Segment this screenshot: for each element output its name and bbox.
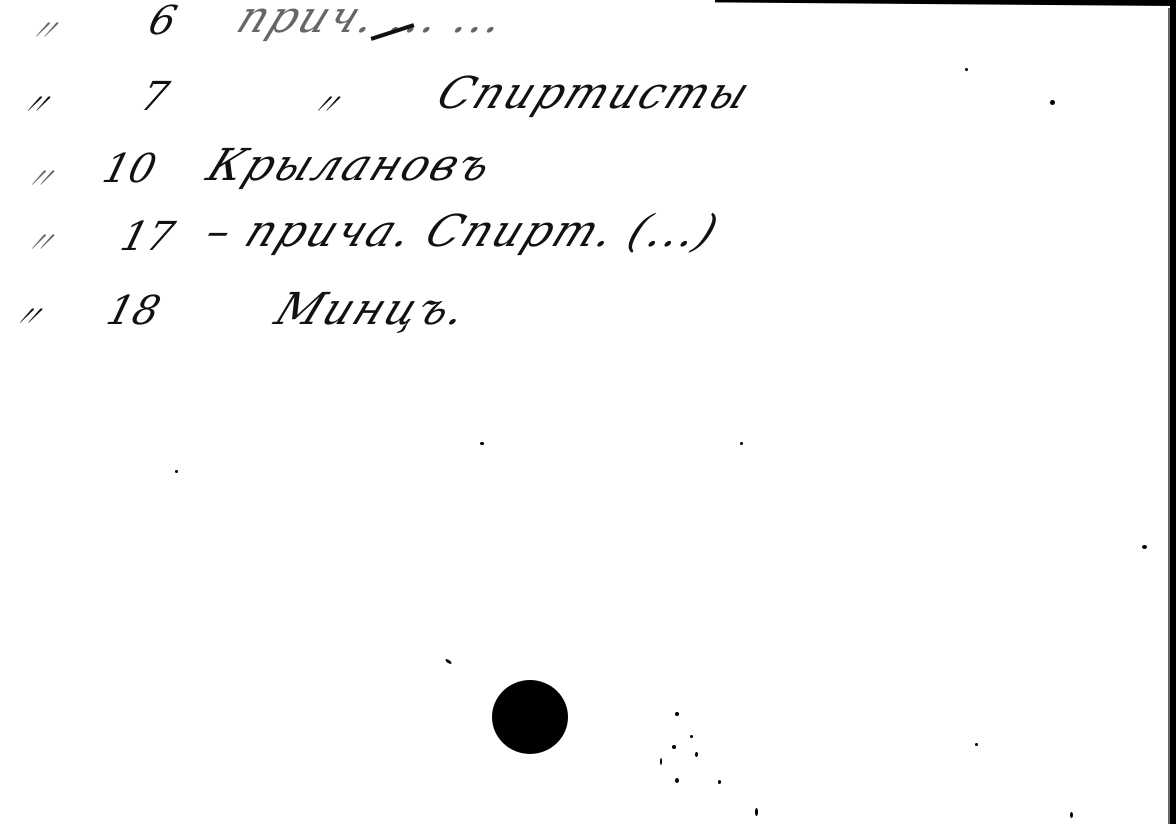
scanned-page: 〃 6 прич. ... ... 〃 7 〃 Спиртисты 〃 10 К…: [0, 0, 1176, 824]
entry-text: Минцъ.: [268, 284, 477, 335]
scan-speck: [672, 745, 676, 749]
scan-right-edge-shadow: [1168, 8, 1170, 824]
ditto-mark: 〃: [23, 6, 65, 50]
scan-speck: [175, 470, 178, 473]
ditto-mark: 〃: [19, 154, 61, 198]
entry-text: – прича. Спирт. (...): [198, 206, 728, 257]
scan-speck: [1142, 545, 1147, 549]
entry-number: 6: [144, 0, 182, 44]
entry-number: 10: [98, 146, 161, 192]
scan-speck: [675, 712, 679, 716]
scan-speck: [975, 743, 978, 746]
entry-number: 18: [102, 288, 165, 334]
scan-speck: [445, 658, 452, 664]
scan-right-edge: [1170, 0, 1176, 824]
scan-speck: [1070, 812, 1073, 818]
scan-speck: [695, 752, 698, 757]
ditto-mark-inline: 〃: [305, 80, 347, 124]
scan-top-edge: [715, 0, 1176, 6]
scan-speck: [740, 442, 743, 445]
scan-speck: [718, 780, 721, 784]
ditto-mark: 〃: [15, 80, 57, 124]
scan-speck: [480, 442, 484, 445]
scan-speck: [690, 735, 693, 738]
entry-number: 17: [116, 214, 179, 260]
scan-speck: [675, 778, 679, 783]
punch-hole: [492, 680, 568, 754]
entry-text: Спиртисты: [430, 68, 759, 119]
scan-speck: [965, 68, 968, 71]
ditto-mark: 〃: [19, 218, 61, 262]
entry-number: 7: [136, 74, 174, 120]
ditto-mark: 〃: [7, 292, 49, 336]
entry-text: Крылановъ: [200, 140, 501, 191]
scan-speck: [755, 808, 758, 816]
scan-speck: [1050, 100, 1055, 105]
scan-speck: [660, 758, 662, 765]
